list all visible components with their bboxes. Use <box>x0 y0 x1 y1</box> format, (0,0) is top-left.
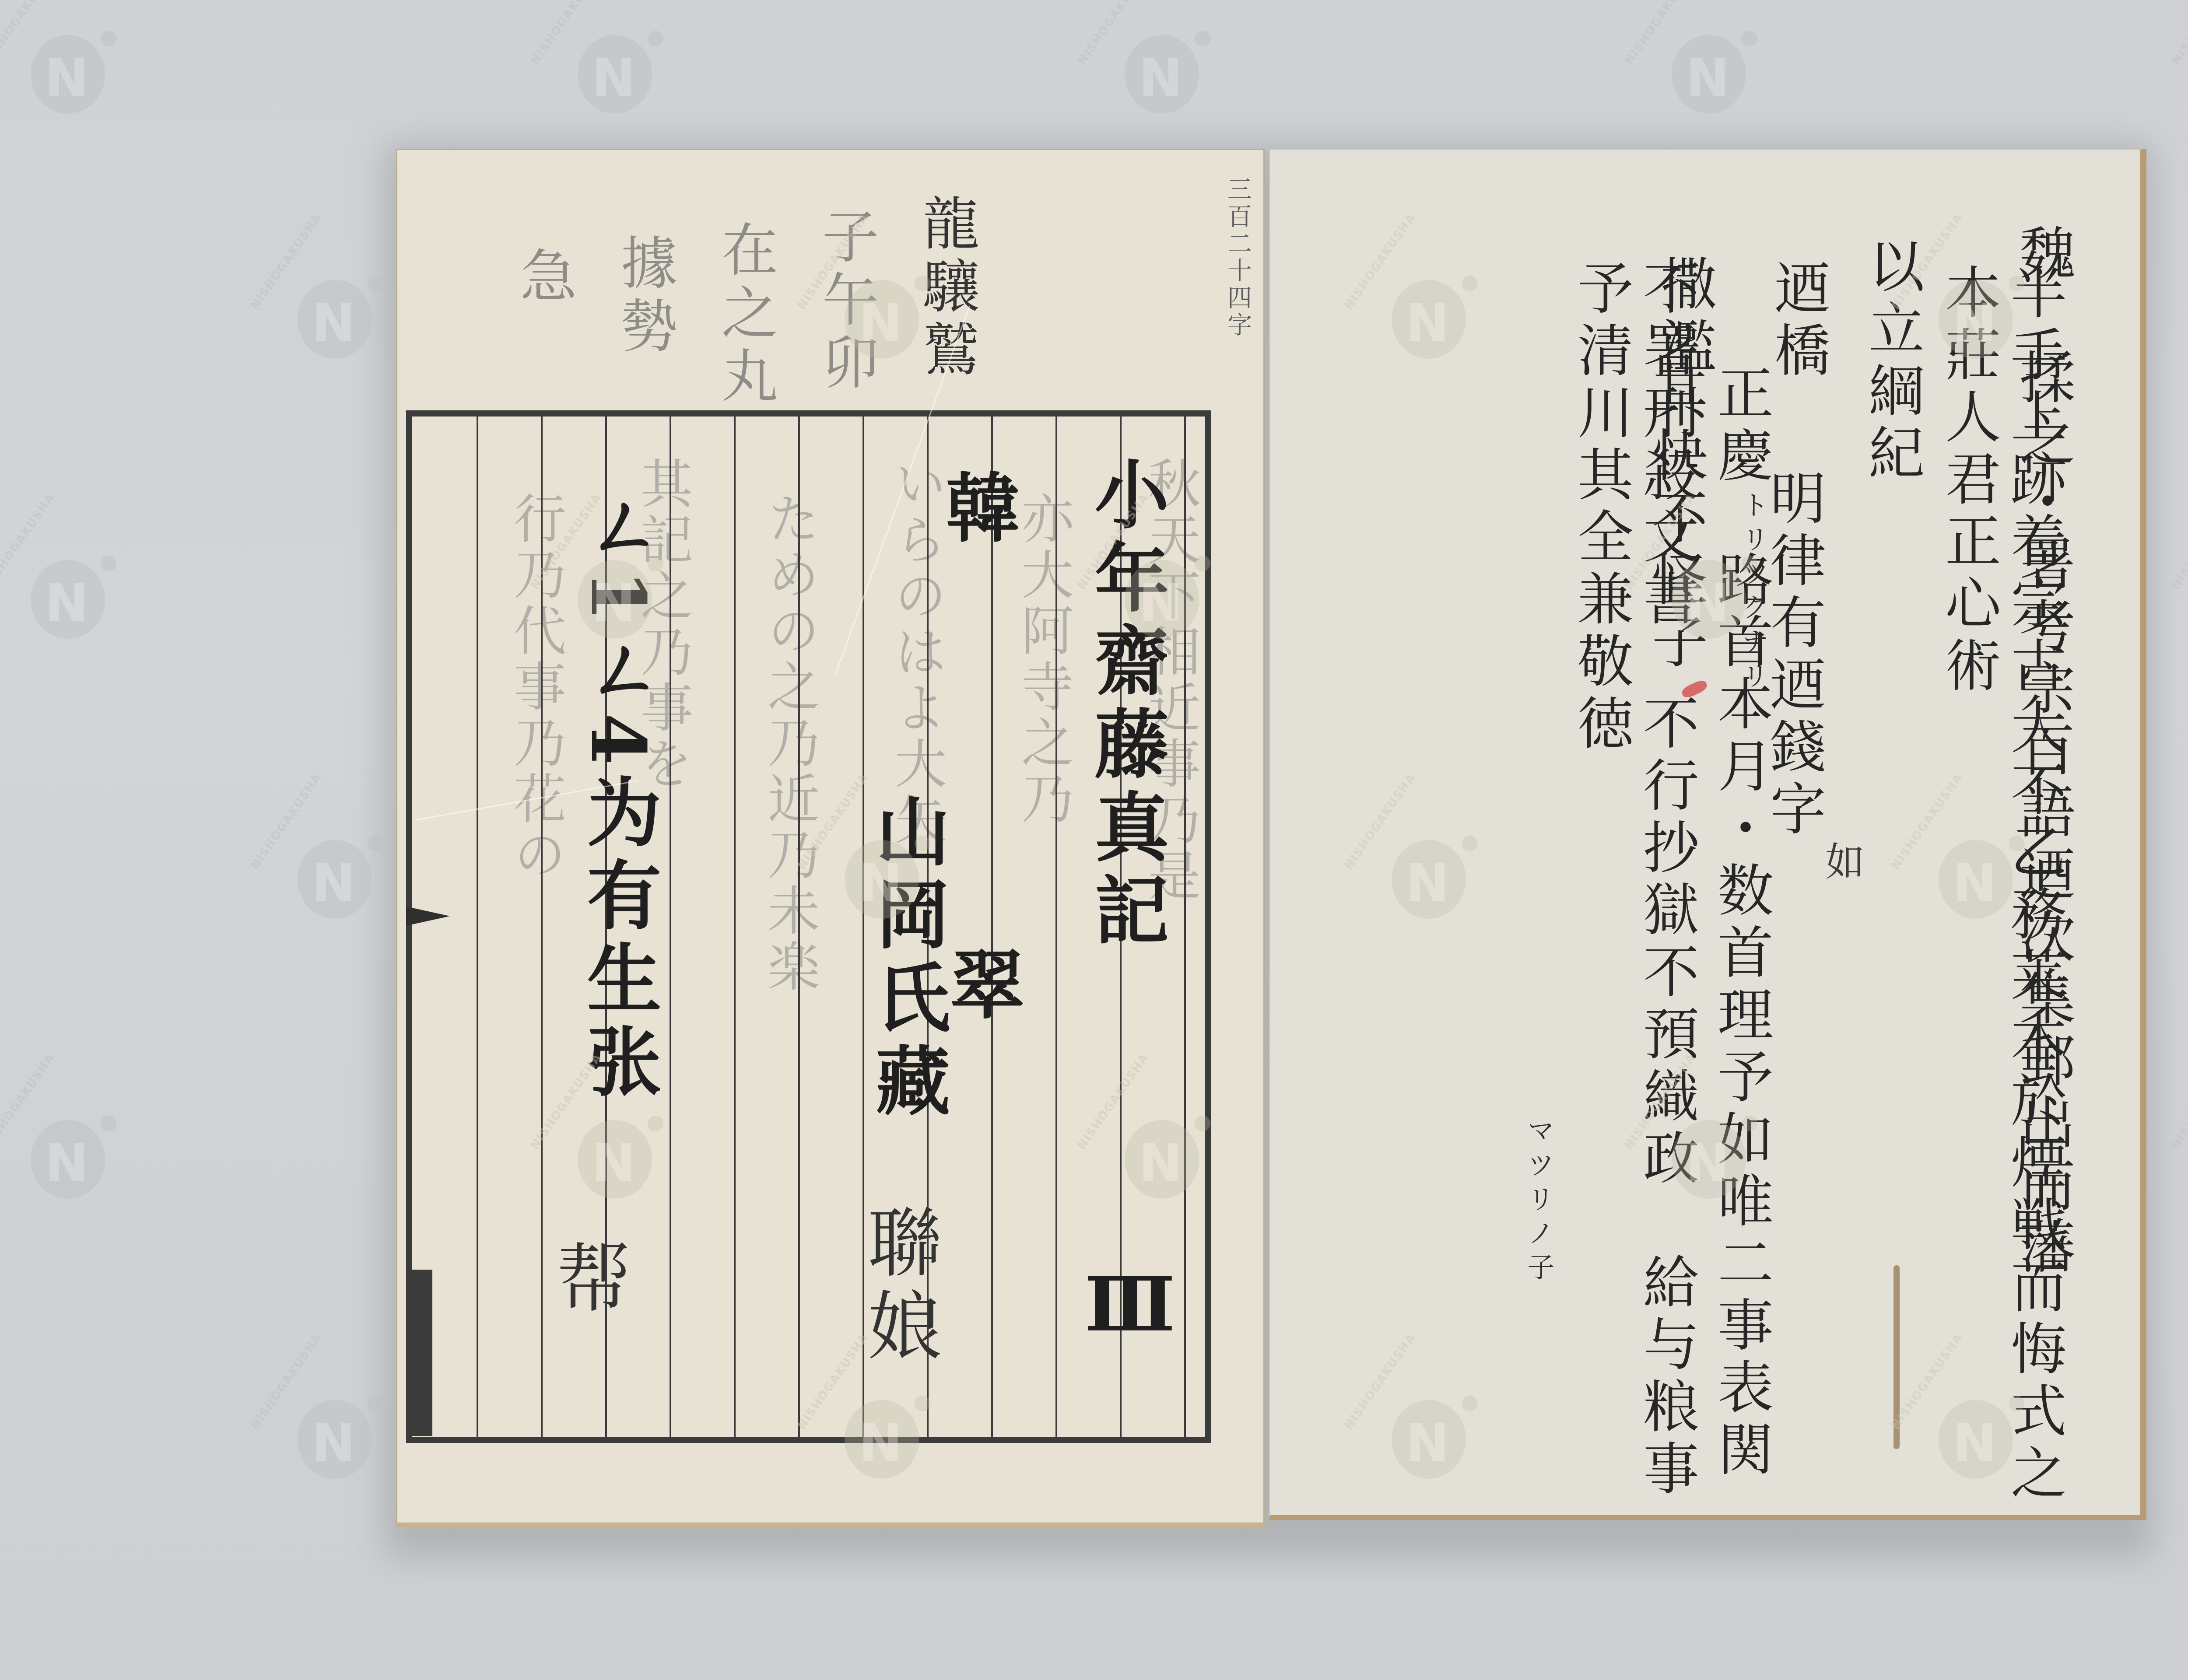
nishogakusha-watermark-icon: NISHOGAKUSHAN <box>1112 17 1212 118</box>
printed-column-text: 韓 <box>933 469 1020 552</box>
heading-column: 急 <box>511 246 577 309</box>
watermark-n-glyph: N <box>1139 52 1182 105</box>
handwritten-column: 以立綱紀 <box>1858 237 1924 486</box>
nishogakusha-watermark-icon: NISHOGAKUSHAN <box>18 17 118 118</box>
printed-frame: 小年齋藤真記韓翠聯娘山岡氏藏Ⅲㄥ1ㄥ4为有生张帮 <box>406 410 1211 1443</box>
watermark-brand-text: NISHOGAKUSHA <box>248 211 324 312</box>
column-rule <box>541 416 543 1437</box>
column-rule <box>991 416 993 1437</box>
watermark-n-glyph: N <box>312 1417 355 1470</box>
column-rule <box>670 416 671 1437</box>
left-page: 秋天下相近事乃是亦大阿寺之乃いらのはよ大矢ための之乃近乃未楽其記之乃事を行乃代事… <box>396 149 1265 1527</box>
furigana-reading: マツリノ子 <box>1519 1116 1558 1287</box>
watermark-n-glyph: N <box>592 52 635 105</box>
column-rule <box>734 416 736 1437</box>
watermark-n-glyph: N <box>312 857 355 910</box>
watermark-brand-text: NISHOGAKUSHA <box>2169 1051 2188 1152</box>
nishogakusha-watermark-icon: NISHOGAKUSHAN <box>565 17 665 118</box>
handwritten-column: 不署刑殺文書 不行抄獄不預織政 給与粮事予清川其全兼敬徳 <box>1567 259 1699 1515</box>
column-rule <box>1055 416 1057 1437</box>
margin-note: 三百二十四字 <box>1220 176 1255 339</box>
watermark-n-glyph: N <box>45 577 88 630</box>
watermark-brand-text: NISHOGAKUSHA <box>1622 0 1698 67</box>
nishogakusha-watermark-icon: NISHOGAKUSHAN <box>18 542 118 643</box>
furigana-reading: トリツクナリ <box>1734 491 1773 696</box>
nishogakusha-watermark-icon: NISHOGAKUSHAN <box>18 1102 118 1203</box>
open-book: 秋天下相近事乃是亦大阿寺之乃いらのはよ大矢ための之乃近乃未楽其記之乃事を行乃代事… <box>396 149 2146 1527</box>
printed-column-text: ㄥ1ㄥ4为有生张 <box>574 486 662 1106</box>
handwritten-column: 迺橋 <box>1764 259 1830 383</box>
handwritten-column: 半手上跡着宗古大不乙務莱木於煙戦而悔式之本莊人君正心術 <box>1935 263 2066 1515</box>
stray-glyph: 如 <box>1808 841 1874 886</box>
heading-column: 龍驤鷲 <box>914 194 979 383</box>
printed-column-text: 翠 <box>937 946 1025 1029</box>
printed-column-text: Ⅲ <box>1086 1261 1174 1357</box>
column-rule <box>798 416 800 1437</box>
nishogakusha-watermark-icon: NISHOGAKUSHAN <box>284 262 385 363</box>
watermark-brand-text: NISHOGAKUSHA <box>248 771 324 872</box>
watermark-brand-text: NISHOGAKUSHA <box>0 0 58 67</box>
watermark-brand-text: NISHOGAKUSHA <box>1075 0 1151 67</box>
watermark-n-glyph: N <box>312 297 355 350</box>
watermark-brand-text: NISHOGAKUSHA <box>248 1331 324 1432</box>
printed-column-text: 帮 <box>543 1239 631 1322</box>
watermark-brand-text: NISHOGAKUSHA <box>528 0 604 67</box>
nishogakusha-watermark-icon: NISHOGAKUSHAN <box>284 822 385 923</box>
watermark-n-glyph: N <box>45 1137 88 1190</box>
watermark-brand-text: NISHOGAKUSHA <box>0 1051 58 1152</box>
heading-column: 子午卯 <box>813 207 879 396</box>
column-rule <box>1184 416 1186 1437</box>
nishogakusha-watermark-icon: NISHOGAKUSHAN <box>1659 17 1759 118</box>
printed-column-text: 小年齋藤真記 <box>1082 456 1169 955</box>
watermark-n-glyph: N <box>1686 52 1729 105</box>
frame-block-mark <box>406 1270 432 1436</box>
watermark-brand-text: NISHOGAKUSHA <box>2169 0 2188 67</box>
watermark-n-glyph: N <box>45 52 88 105</box>
paper-tear <box>1893 1265 1900 1449</box>
fish-tail-marker-icon <box>406 906 450 926</box>
nishogakusha-watermark-icon: NISHOGAKUSHAN <box>284 1382 385 1483</box>
column-rule <box>477 416 478 1437</box>
heading-column: 據勢 <box>612 233 677 359</box>
watermark-brand-text: NISHOGAKUSHA <box>2169 491 2188 592</box>
printed-column-text: 山岡氏藏 <box>863 793 950 1125</box>
printed-column-text: 聯娘 <box>854 1204 942 1370</box>
right-page: 魏 揉之・署考宗百語迺次集郵出而藩半手上跡着宗古大不乙務莱木於煙戦而悔式之本莊人… <box>1269 149 2146 1520</box>
heading-column: 在之丸 <box>712 220 778 409</box>
watermark-brand-text: NISHOGAKUSHA <box>0 491 58 592</box>
